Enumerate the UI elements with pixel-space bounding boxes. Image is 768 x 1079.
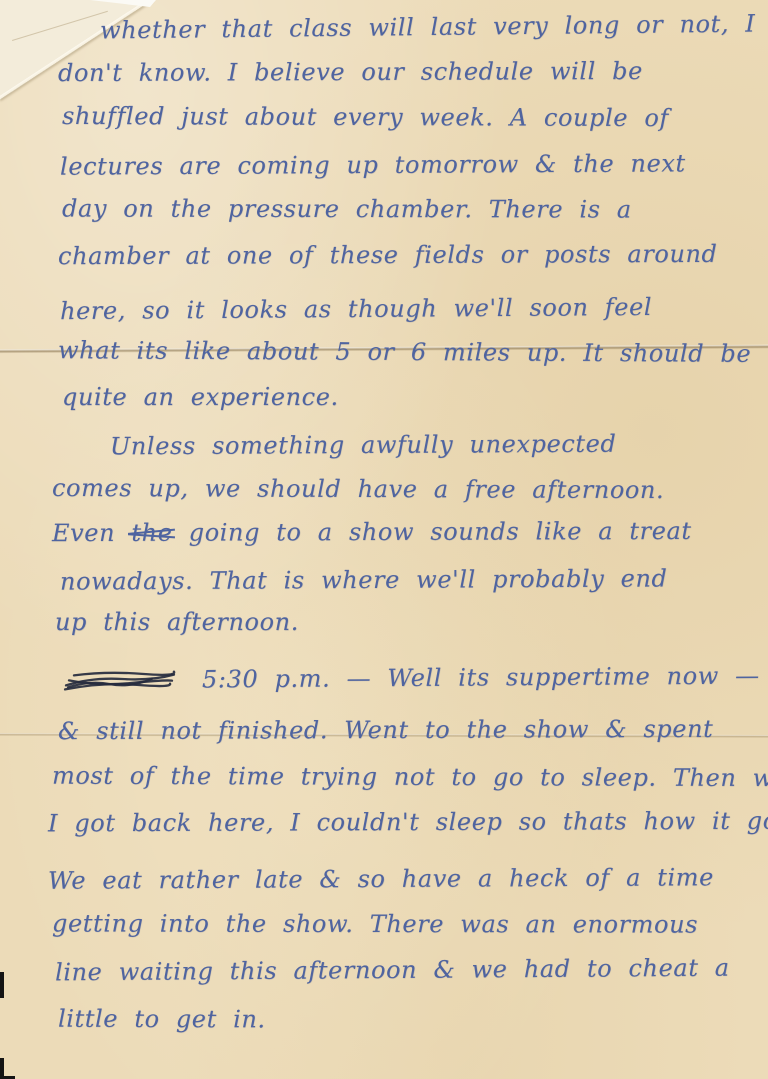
handwritten-line-17: most of the time trying not to go to sle… — [52, 762, 768, 793]
handwritten-line-18: I got back here, I couldn't sleep so tha… — [48, 807, 768, 838]
handwritten-line-1: whether that class will last very long o… — [100, 10, 756, 45]
handwritten-line-19: We eat rather late & so have a heck of a… — [48, 863, 714, 894]
handwritten-line-15: 5:30 p.m. — Well its suppertime now — — [62, 662, 760, 699]
handwriting-text: whether that class will last very long o… — [100, 10, 756, 45]
handwritten-line-7: here, so it looks as though we'll soon f… — [60, 293, 652, 325]
handwritten-line-11: comes up, we should have a free afternoo… — [52, 474, 664, 504]
handwritten-line-13: nowadays. That is where we'll probably e… — [60, 564, 668, 595]
handwriting-text: Unless something awfully unexpected — [110, 430, 617, 461]
handwriting-text: & still not finished. Went to the show &… — [58, 715, 713, 745]
handwritten-line-12: Even the going to a show sounds like a t… — [52, 517, 692, 547]
letter-page: whether that class will last very long o… — [0, 0, 768, 1079]
handwriting-text: shuffled just about every week. A couple… — [62, 102, 669, 132]
handwriting-text: Even — [52, 519, 131, 547]
handwriting-text: most of the time trying not to go to sle… — [52, 762, 768, 793]
handwritten-line-3: shuffled just about every week. A couple… — [62, 102, 669, 132]
handwritten-line-4: lectures are coming up tomorrow & the ne… — [60, 149, 686, 180]
handwritten-line-14: up this afternoon. — [55, 608, 299, 636]
handwriting-text: lectures are coming up tomorrow & the ne… — [60, 149, 686, 180]
handwritten-line-2: don't know. I believe our schedule will … — [58, 57, 643, 87]
handwritten-line-6: chamber at one of these fields or posts … — [58, 240, 718, 270]
handwriting-text: quite an experience. — [62, 383, 339, 411]
handwriting-text: what its like about 5 or 6 miles up. It … — [58, 336, 751, 368]
handwritten-line-5: day on the pressure chamber. There is a — [62, 195, 632, 224]
handwritten-line-22: little to get in. — [58, 1005, 266, 1034]
handwriting-text: We eat rather late & so have a heck of a… — [48, 863, 714, 894]
handwriting-text: day on the pressure chamber. There is a — [62, 195, 632, 224]
handwriting-text: 5:30 p.m. — Well its suppertime now — — [202, 662, 760, 694]
handwriting-text: up this afternoon. — [55, 608, 299, 636]
handwriting-text: nowadays. That is where we'll probably e… — [60, 564, 668, 595]
scan-edge-artifact — [0, 972, 4, 998]
scribble-mark — [62, 666, 180, 699]
handwritten-line-20: getting into the show. There was an enor… — [52, 909, 698, 938]
handwriting-text: going to a show sounds like a treat — [172, 517, 691, 547]
handwritten-line-21: line waiting this afternoon & we had to … — [55, 954, 730, 987]
handwritten-line-16: & still not finished. Went to the show &… — [58, 715, 713, 745]
handwriting-text: don't know. I believe our schedule will … — [58, 57, 643, 87]
handwriting-text: chamber at one of these fields or posts … — [58, 240, 718, 270]
handwriting-text: comes up, we should have a free afternoo… — [52, 474, 664, 504]
handwriting-text: little to get in. — [58, 1005, 266, 1034]
handwriting-text: getting into the show. There was an enor… — [52, 909, 698, 938]
handwriting-text: here, so it looks as though we'll soon f… — [60, 293, 652, 325]
struck-out-word: the — [131, 519, 172, 547]
handwritten-line-9: quite an experience. — [62, 383, 339, 411]
handwritten-line-8: what its like about 5 or 6 miles up. It … — [58, 336, 751, 368]
handwriting-text: I got back here, I couldn't sleep so tha… — [48, 807, 768, 838]
handwritten-line-10: Unless something awfully unexpected — [110, 430, 617, 461]
handwriting-text: line waiting this afternoon & we had to … — [55, 954, 730, 987]
